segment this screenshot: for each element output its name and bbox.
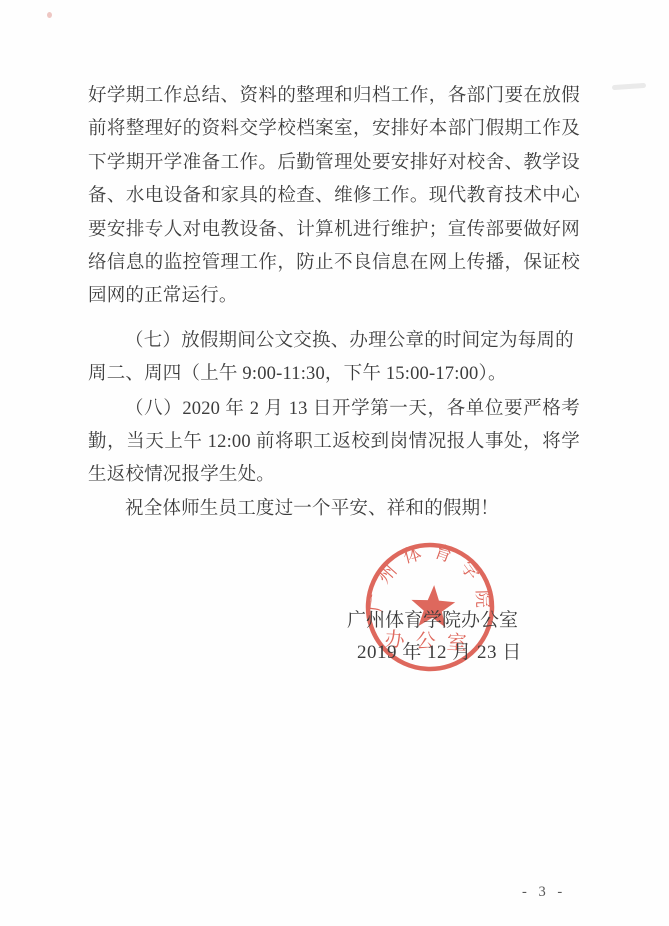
body-text-line: 要安排专人对电教设备、计算机进行维护；宣传部要做好网 [88, 214, 580, 247]
signature-date: 2019 年 12 月 23 日 [357, 637, 522, 664]
body-text: 好学期工作总结、资料的整理和归档工作，各部门要在放假 前将整理好的资料交学校档案… [88, 80, 580, 526]
body-text-line: 周二、周四（上午 9:00-11:30，下午 15:00-17:00）。 [88, 358, 580, 391]
body-text-line: 好学期工作总结、资料的整理和归档工作，各部门要在放假 [88, 80, 580, 113]
body-text-line: （七）放假期间公文交换、办理公章的时间定为每周的 [88, 325, 580, 358]
document-page: 好学期工作总结、资料的整理和归档工作，各部门要在放假 前将整理好的资料交学校档案… [0, 0, 669, 926]
page-number: - 3 - [522, 884, 566, 901]
body-text-line: 前将整理好的资料交学校档案室，安排好本部门假期工作及 [88, 113, 580, 146]
body-text-line: 备、水电设备和家具的检查、维修工作。现代教育技术中心 [88, 180, 580, 213]
body-text-line: 下学期开学准备工作。后勤管理处要安排好对校舍、教学设 [88, 147, 580, 180]
body-text-line: 祝全体师生员工度过一个平安、祥和的假期！ [88, 493, 580, 526]
body-text-line: 生返校情况报学生处。 [88, 459, 580, 492]
body-text-line: 勤，当天上午 12:00 前将职工返校到岗情况报人事处，将学 [88, 426, 580, 459]
body-text-line: 络信息的监控管理工作，防止不良信息在网上传播，保证校 [88, 247, 580, 280]
body-text-line: 园网的正常运行。 [88, 280, 580, 313]
scan-speck [47, 12, 52, 18]
scan-smudge [612, 83, 646, 90]
body-text-line: （八）2020 年 2 月 13 日开学第一天，各单位要严格考 [88, 393, 580, 426]
signature-organization: 广州体育学院办公室 [347, 605, 518, 632]
